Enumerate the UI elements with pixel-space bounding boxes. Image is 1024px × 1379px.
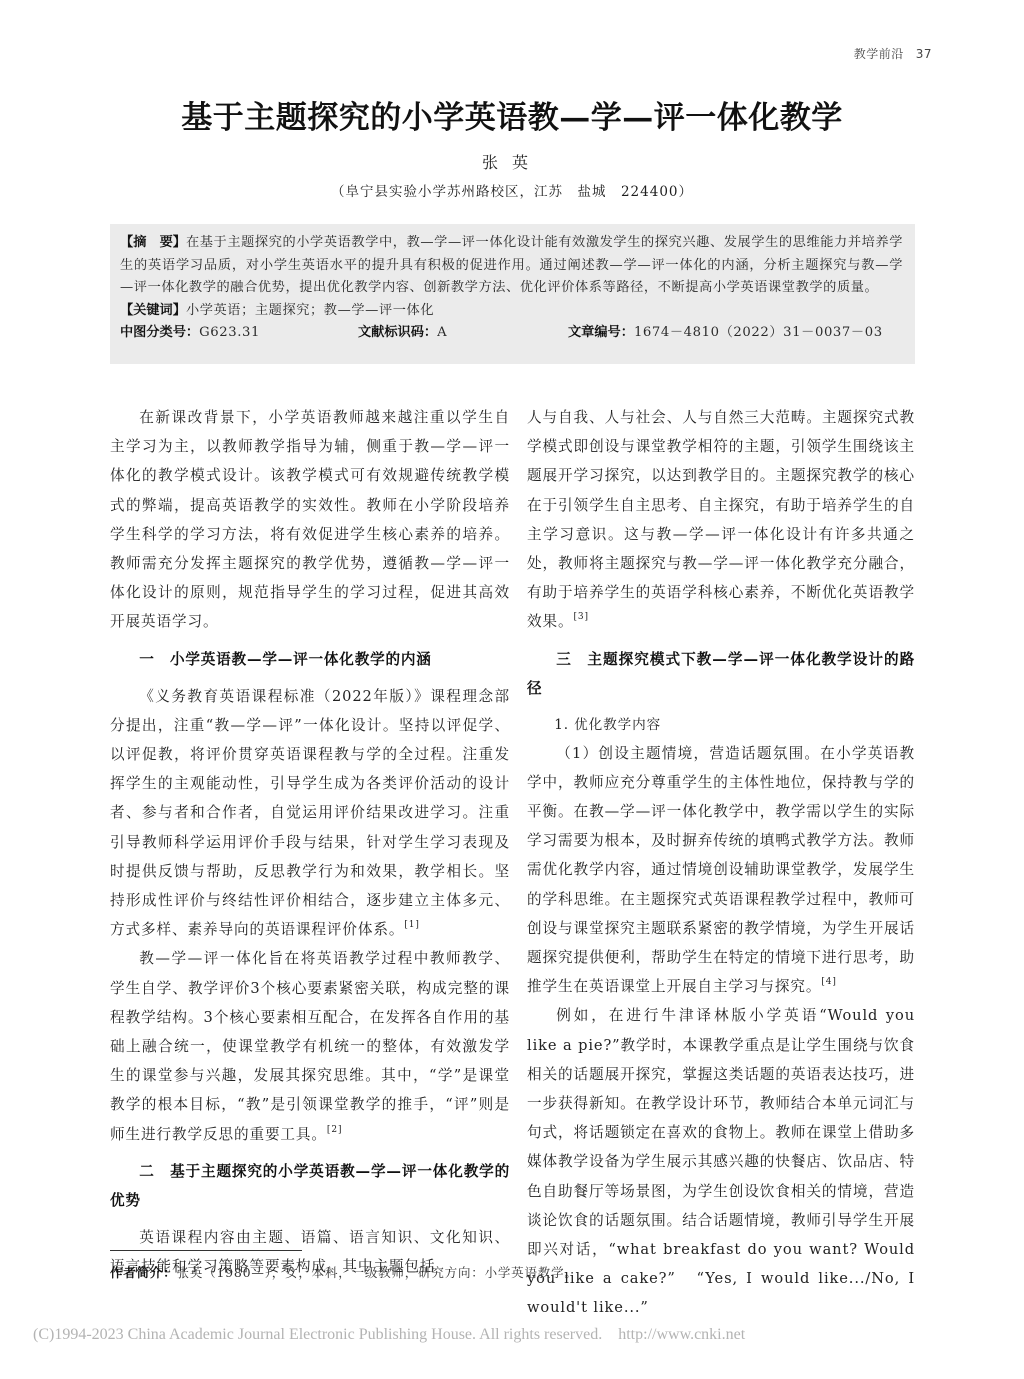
section-2-paragraph-1-continued: 人与自我、人与社会、人与自然三大范畴。主题探究式教学模式即创设与课堂教学相符的主…	[527, 403, 915, 637]
section-1-heading: 一 小学英语教—学—评一体化教学的内涵	[110, 645, 510, 674]
abstract-box: 【摘 要】在基于主题探究的小学英语教学中，教—学—评一体化设计能有效激发学生的探…	[110, 224, 915, 364]
intro-paragraph: 在新课改背景下，小学英语教师越来越注重以学生自主学习为主，以教师教学指导为辅，侧…	[110, 403, 510, 637]
author-bio-text: 张英（1980—），女，本科，一级教师，研究方向：小学英语教学。	[177, 1265, 578, 1280]
doc-code-value: A	[437, 325, 447, 340]
running-header: 教学前沿37	[854, 45, 932, 62]
subsection-1-heading: 1. 优化教学内容	[527, 711, 915, 739]
section-2-heading: 二 基于主题探究的小学英语教—学—评一体化教学的优势	[110, 1157, 510, 1215]
abstract-label: 【摘 要】	[120, 235, 186, 250]
clc-value: G623.31	[199, 325, 260, 340]
abstract: 【摘 要】在基于主题探究的小学英语教学中，教—学—评一体化设计能有效激发学生的探…	[120, 232, 903, 300]
subsection-1-paragraph-2: 例如，在进行牛津译林版小学英语“Would you like a pie?”教学…	[527, 1001, 915, 1322]
section-1-paragraph-1: 《义务教育英语课程标准（2022年版）》课程理念部分提出，注重“教—学—评”一体…	[110, 682, 510, 945]
page-number: 37	[916, 47, 932, 61]
abstract-text: 在基于主题探究的小学英语教学中，教—学—评一体化设计能有效激发学生的探究兴趣、发…	[120, 235, 903, 295]
footnote-divider	[110, 1250, 302, 1251]
author-name: 张英	[0, 150, 1024, 173]
clc-label: 中图分类号：	[120, 325, 199, 340]
classification-row: 中图分类号：G623.31 文献标识码：A 文章编号：1674－4810（202…	[120, 322, 903, 345]
article-title: 基于主题探究的小学英语教—学—评一体化教学	[0, 92, 1024, 137]
section-3-heading: 三 主题探究模式下教—学—评一体化教学设计的路径	[527, 645, 915, 703]
doc-code-label: 文献标识码：	[358, 325, 437, 340]
keywords: 【关键词】小学英语；主题探究；教—学—评一体化	[120, 300, 903, 323]
citation-ref[interactable]: [1]	[404, 920, 419, 930]
copyright-watermark: (C)1994-2023 China Academic Journal Elec…	[33, 1326, 745, 1344]
subsection-1-paragraph-1: （1）创设主题情境，营造话题氛围。在小学英语教学中，教师应充分尊重学生的主体性地…	[527, 739, 915, 1002]
author-bio-footnote: 作者简介：张英（1980—），女，本科，一级教师，研究方向：小学英语教学。	[110, 1263, 578, 1281]
right-column: 人与自我、人与社会、人与自然三大范畴。主题探究式教学模式即创设与课堂教学相符的主…	[527, 403, 915, 1323]
journal-section: 教学前沿	[854, 47, 904, 61]
keywords-label: 【关键词】	[120, 303, 186, 318]
author-bio-label: 作者简介：	[110, 1265, 177, 1280]
left-column: 在新课改背景下，小学英语教师越来越注重以学生自主学习为主，以教师教学指导为辅，侧…	[110, 403, 510, 1281]
article-no-label: 文章编号：	[568, 325, 634, 340]
section-1-paragraph-2: 教—学—评一体化旨在将英语教学过程中教师教学、学生自学、教学评价3个核心要素紧密…	[110, 944, 510, 1148]
citation-ref[interactable]: [4]	[821, 977, 836, 987]
author-affiliation: （阜宁县实验小学苏州路校区，江苏 盐城 224400）	[0, 180, 1024, 200]
citation-ref[interactable]: [2]	[327, 1125, 342, 1135]
article-no-value: 1674－4810（2022）31－0037－03	[634, 325, 883, 340]
citation-ref[interactable]: [3]	[573, 612, 588, 622]
keywords-text: 小学英语；主题探究；教—学—评一体化	[186, 303, 434, 318]
